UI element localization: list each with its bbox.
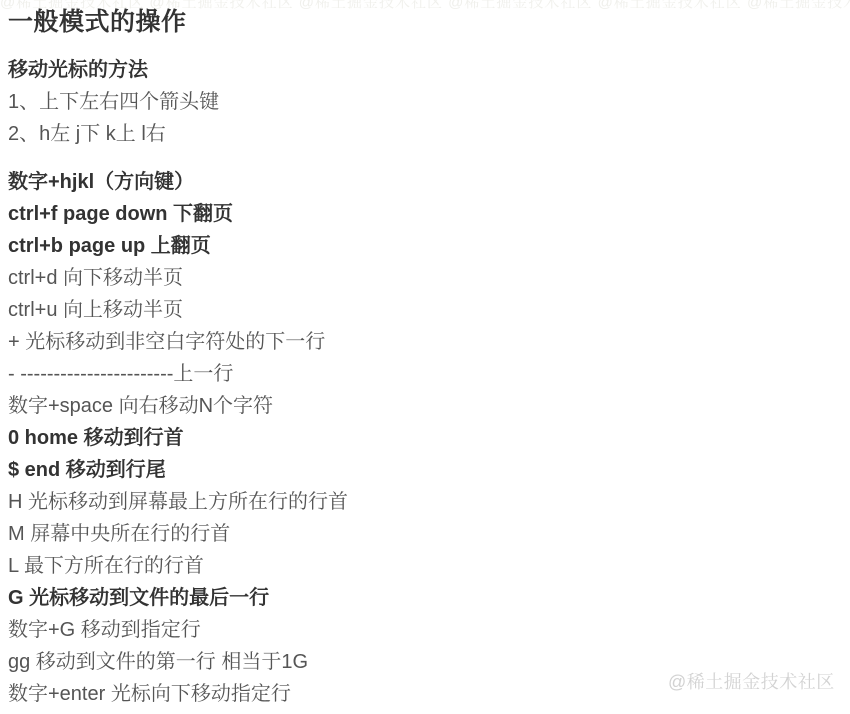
text-line: 数字+hjkl（方向键） [8,166,842,198]
text-line: L 最下方所在行的行首 [8,550,842,582]
page-title: 一般模式的操作 [8,6,842,38]
text-line: ctrl+d 向下移动半页 [8,262,842,294]
text-line: - -----------------------上一行 [8,358,842,390]
text-line: 0 home 移动到行首 [8,422,842,454]
juejin-watermark: @稀土掘金技术社区 [668,671,835,693]
text-line: 数字+G 移动到指定行 [8,614,842,646]
text-line: ctrl+u 向上移动半页 [8,294,842,326]
text-line: ctrl+f page down 下翻页 [8,198,842,230]
text-line: G 光标移动到文件的最后一行 [8,582,842,614]
text-line: + 光标移动到非空白字符处的下一行 [8,326,842,358]
text-line: 移动光标的方法 [8,54,842,86]
text-line: M 屏幕中央所在行的行首 [8,518,842,550]
text-line: ctrl+b page up 上翻页 [8,230,842,262]
text-line: $ end 移动到行尾 [8,454,842,486]
text-line: H 光标移动到屏幕最上方所在行的行首 [8,486,842,518]
article-body: 一般模式的操作 移动光标的方法 1、上下左右四个箭头键 2、h左 j下 k上 l… [0,0,850,710]
paragraph-commands: 数字+hjkl（方向键） ctrl+f page down 下翻页 ctrl+b… [8,166,842,710]
text-line: 1、上下左右四个箭头键 [8,86,842,118]
paragraph-move-cursor: 移动光标的方法 1、上下左右四个箭头键 2、h左 j下 k上 l右 [8,54,842,150]
text-line: 2、h左 j下 k上 l右 [8,118,842,150]
text-line: 数字+space 向右移动N个字符 [8,390,842,422]
